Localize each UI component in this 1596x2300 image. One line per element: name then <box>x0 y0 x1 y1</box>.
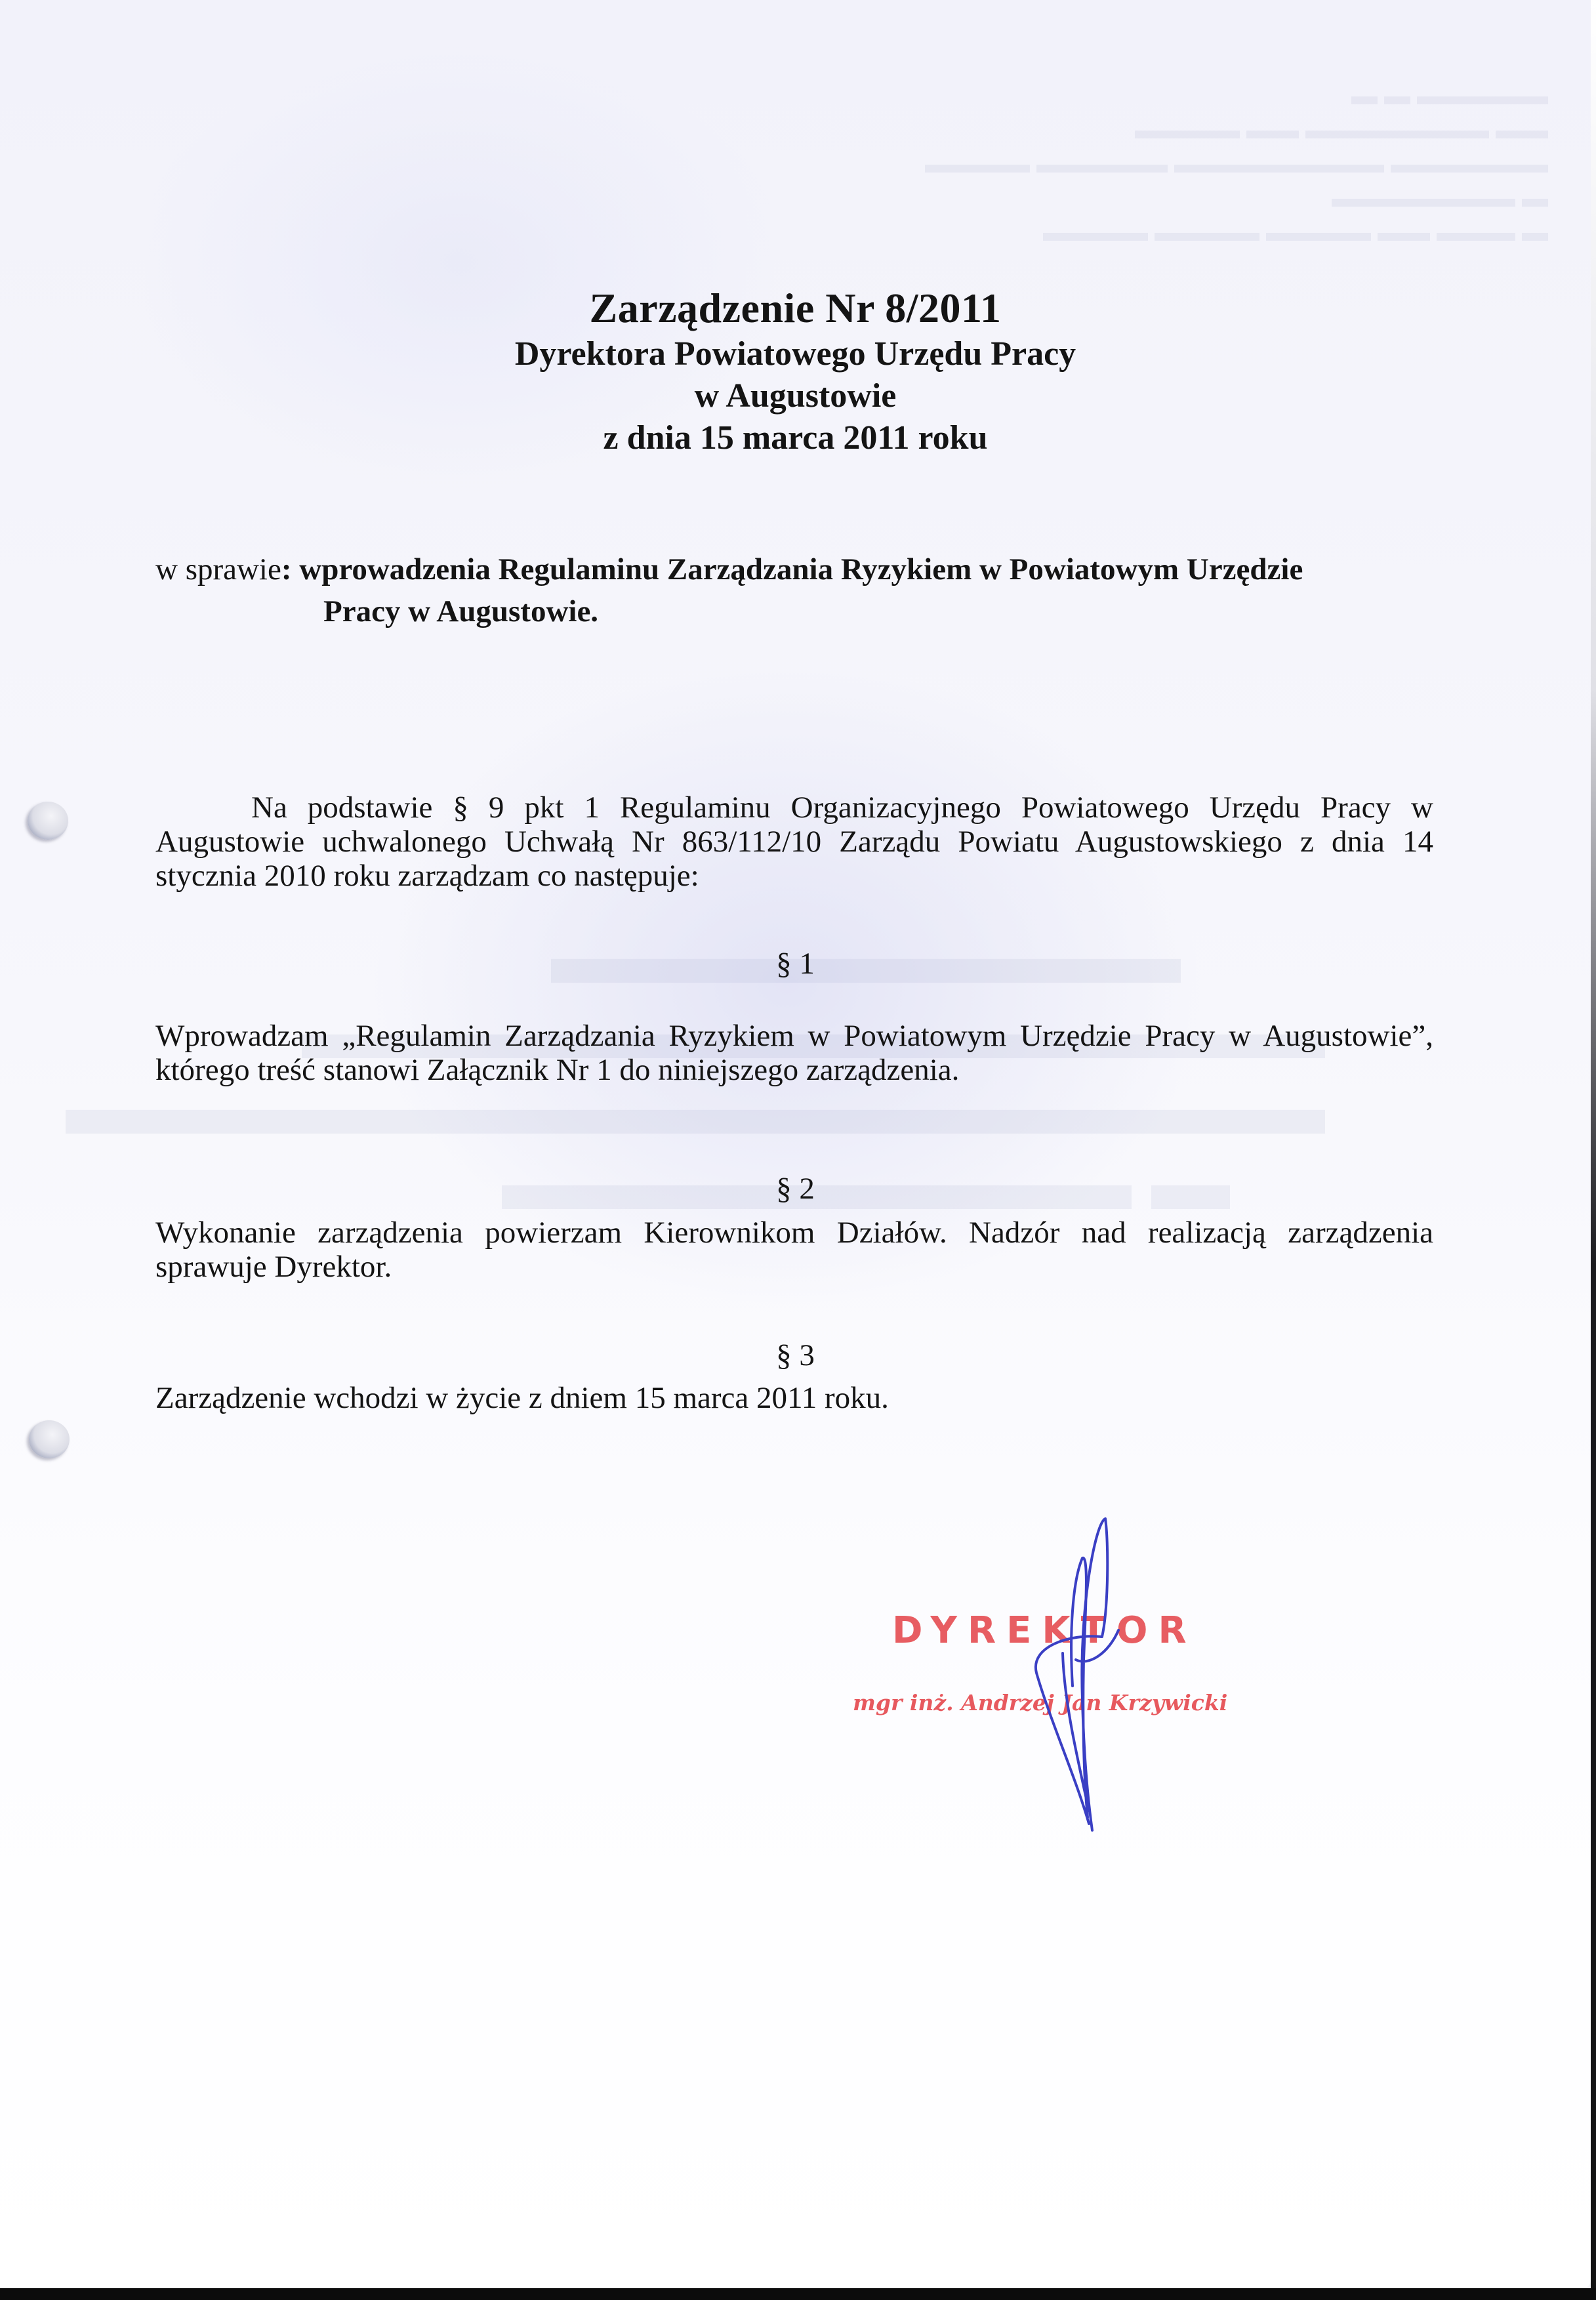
document-header: Zarządzenie Nr 8/2011 Dyrektora Powiatow… <box>0 283 1591 459</box>
signature-icon <box>1010 1502 1155 1843</box>
bleed-through-header: ▬▬▬▬▬ ▬ ▬▬▬ ▬▬▬▬▬▬▬ ▬▬ ▬▬▬▬▬▬▬▬▬▬ ▬▬▬▬▬▬… <box>925 79 1548 249</box>
scanner-edge-right <box>1591 0 1596 2300</box>
subject-text-continued: Pracy w Augustowie. <box>155 590 1402 632</box>
scanned-page: ▬▬▬▬▬ ▬ ▬▬▬ ▬▬▬▬▬▬▬ ▬▬ ▬▬▬▬▬▬▬▬▬▬ ▬▬▬▬▬▬… <box>0 0 1591 2288</box>
document-issuer: Dyrektora Powiatowego Urzędu Pracy <box>0 333 1591 375</box>
section-3-text: Zarządzenie wchodzi w życie z dniem 15 m… <box>155 1381 1433 1415</box>
subject-lead: w sprawie <box>155 552 281 586</box>
legal-basis-paragraph: Na podstawie § 9 pkt 1 Regulaminu Organi… <box>155 791 1433 893</box>
document-date: z dnia 15 marca 2011 roku <box>0 417 1591 459</box>
subject-line: w sprawie: wprowadzenia Regulaminu Zarzą… <box>155 548 1402 632</box>
subject-text: wprowadzenia Regulaminu Zarządzania Ryzy… <box>299 552 1303 586</box>
document-title: Zarządzenie Nr 8/2011 <box>0 283 1591 333</box>
section-1-text: Wprowadzam „Regulamin Zarządzania Ryzyki… <box>155 1019 1433 1087</box>
punch-hole-top <box>28 802 68 840</box>
scanner-edge-bottom <box>0 2288 1596 2300</box>
punch-hole-bottom <box>29 1420 70 1458</box>
section-2-text: Wykonanie zarządzenia powierzam Kierowni… <box>155 1216 1433 1284</box>
subject-colon: : <box>281 552 299 586</box>
document-location: w Augustowie <box>0 375 1591 417</box>
section-1-label: § 1 <box>0 947 1591 981</box>
section-3-label: § 3 <box>0 1338 1591 1372</box>
section-2-label: § 2 <box>0 1172 1591 1206</box>
